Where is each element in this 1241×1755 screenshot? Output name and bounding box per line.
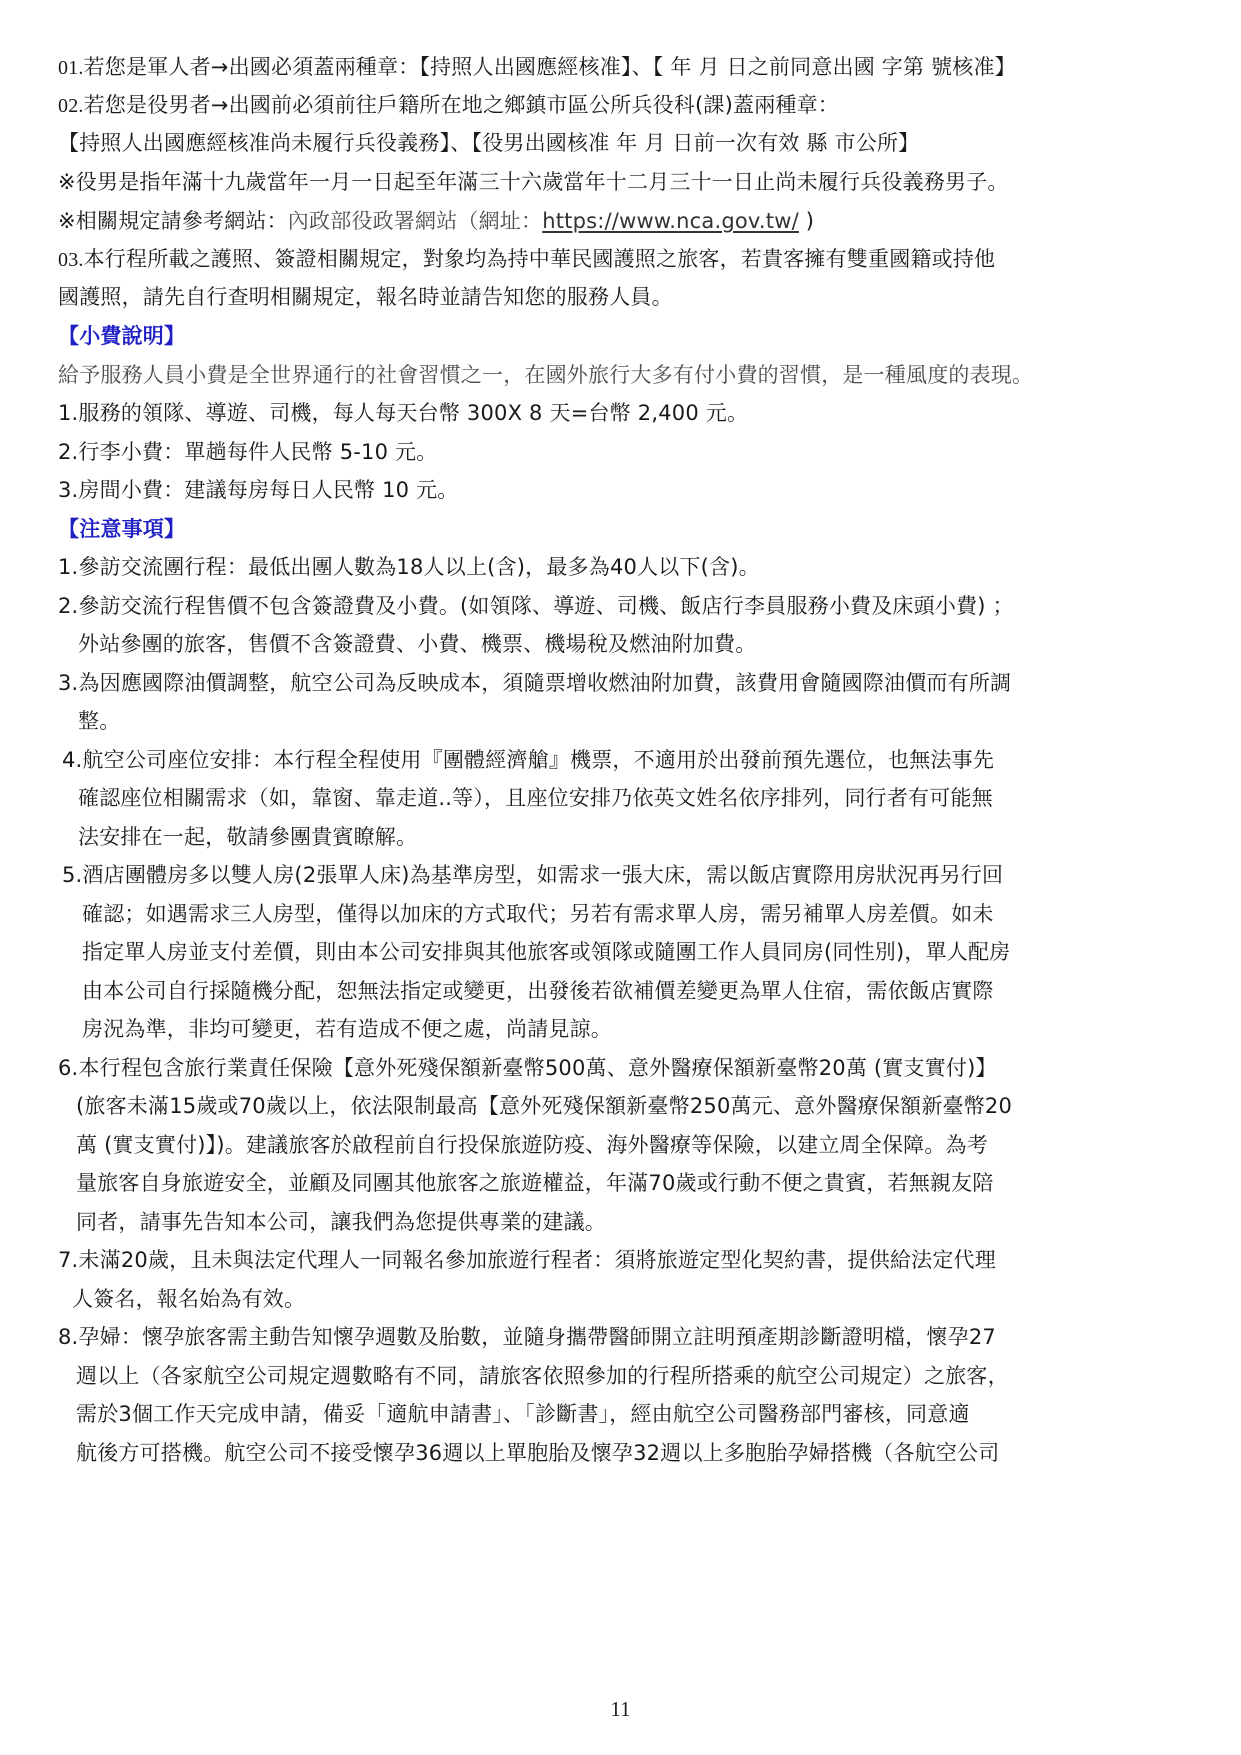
notes-line: (旅客未滿15歲或70歲以上，依法限制最高【意外死殘保額新臺幣250萬元、意外醫…	[76, 1091, 1012, 1121]
notes-line: 由本公司自行採隨機分配，恕無法指定或變更，出發後若欲補價差變更為單人住宿，需依飯…	[82, 976, 994, 1006]
military-rule-1: 01.若您是軍人者→出國必須蓋兩種章：【持照人出國應經核准】、【 年 月 日之前…	[58, 52, 1016, 83]
passport-rule-3-cont: 國護照，請先自行查明相關規定，報名時並請告知您的服務人員。	[58, 282, 673, 312]
military-rule-2-stamps: 【持照人出國應經核准尚未履行兵役義務】、【役男出國核准 年 月 日前一次有效 縣…	[58, 128, 919, 158]
notes-line: 3.為因應國際油價調整，航空公司為反映成本，須隨票增收燃油附加費，該費用會隨國際…	[58, 668, 1011, 698]
passport-rule-3: 03.本行程所載之護照、簽證相關規定，對象均為持中華民國護照之旅客，若貴客擁有雙…	[58, 244, 995, 275]
notes-line: 1.參訪交流團行程：最低出團人數為18人以上(含)，最多為40人以下(含)。	[58, 552, 760, 582]
notes-line: 2.參訪交流行程售價不包含簽證費及小費。(如領隊、導遊、司機、飯店行李員服務小費…	[58, 591, 1014, 621]
notes-line: 5.酒店團體房多以雙人房(2張單人床)為基準房型，如需求一張大床，需以飯店實際用…	[62, 860, 1003, 890]
notes-line: 同者，請事先告知本公司，讓我們為您提供專業的建議。	[76, 1207, 606, 1237]
notes-line: 確認座位相關需求（如，靠窗、靠走道..等），且座位安排乃依英文姓名依序排列，同行…	[78, 783, 993, 813]
tips-item: 1.服務的領隊、導遊、司機，每人每天台幣 300X 8 天=台幣 2,400 元…	[58, 398, 748, 428]
notes-heading: 【注意事項】	[58, 514, 185, 544]
notes-line: 量旅客自身旅遊安全，並顧及同團其他旅客之旅遊權益，年滿70歲或行動不便之貴賓，若…	[76, 1168, 994, 1198]
notes-line: 指定單人房並支付差價，則由本公司安排與其他旅客或領隊或隨團工作人員同房(同性別)…	[82, 937, 1010, 967]
notes-line: 8.孕婦：懷孕旅客需主動告知懷孕週數及胎數，並隨身攜帶醫師開立註明預產期診斷證明…	[58, 1322, 996, 1352]
notes-line: 房況為準，非均可變更，若有造成不便之處，尚請見諒。	[82, 1014, 612, 1044]
military-website-note: ※相關規定請參考網站：內政部役政署網站（網址：https://www.nca.g…	[58, 206, 814, 236]
nca-website-link[interactable]: https://www.nca.gov.tw/	[542, 209, 799, 233]
military-rule-2: 02.若您是役男者→出國前必須前往戶籍所在地之鄉鎮市區公所兵役科(課)蓋兩種章：	[58, 90, 839, 121]
document-page: 01.若您是軍人者→出國必須蓋兩種章：【持照人出國應經核准】、【 年 月 日之前…	[0, 0, 1241, 1755]
notes-line: 確認；如遇需求三人房型，僅得以加床的方式取代；另若有需求單人房，需另補單人房差價…	[82, 899, 994, 929]
notes-line: 外站參團的旅客，售價不含簽證費、小費、機票、機場稅及燃油附加費。	[78, 629, 756, 659]
tips-heading: 【小費說明】	[58, 321, 185, 351]
page-number: 11	[0, 1697, 1241, 1722]
notes-line: 4.航空公司座位安排：本行程全程使用『團體經濟艙』機票，不適用於出發前預先選位，…	[62, 745, 994, 775]
notes-line: 航後方可搭機。航空公司不接受懷孕36週以上單胞胎及懷孕32週以上多胞胎孕婦搭機（…	[76, 1438, 999, 1468]
tips-item: 2.行李小費：單趟每件人民幣 5-10 元。	[58, 437, 437, 467]
notes-line: 整。	[78, 706, 120, 736]
notes-line: 人簽名，報名始為有效。	[72, 1284, 305, 1314]
notes-line: 7.未滿20歲，且未與法定代理人一同報名參加旅遊行程者：須將旅遊定型化契約書，提…	[58, 1245, 996, 1275]
notes-line: 需於3個工作天完成申請，備妥「適航申請書」、「診斷書」，經由航空公司醫務部門審核…	[76, 1399, 970, 1429]
tips-intro: 給予服務人員小費是全世界通行的社會習慣之一，在國外旅行大多有付小費的習慣，是一種…	[58, 360, 1033, 390]
military-definition-note: ※役男是指年滿十九歲當年一月一日起至年滿三十六歲當年十二月三十一日止尚未履行兵役…	[58, 167, 1009, 197]
tips-item: 3.房間小費：建議每房每日人民幣 10 元。	[58, 475, 459, 505]
notes-line: 週以上（各家航空公司規定週數略有不同，請旅客依照參加的行程所搭乘的航空公司規定）…	[76, 1361, 1009, 1391]
notes-line: 萬 (實支實付)】)。建議旅客於啟程前自行投保旅遊防疫、海外醫療等保險，以建立周…	[76, 1130, 988, 1160]
notes-line: 6.本行程包含旅行業責任保險【意外死殘保額新臺幣500萬、意外醫療保額新臺幣20…	[58, 1053, 997, 1083]
notes-line: 法安排在一起，敬請參團貴賓瞭解。	[78, 822, 417, 852]
